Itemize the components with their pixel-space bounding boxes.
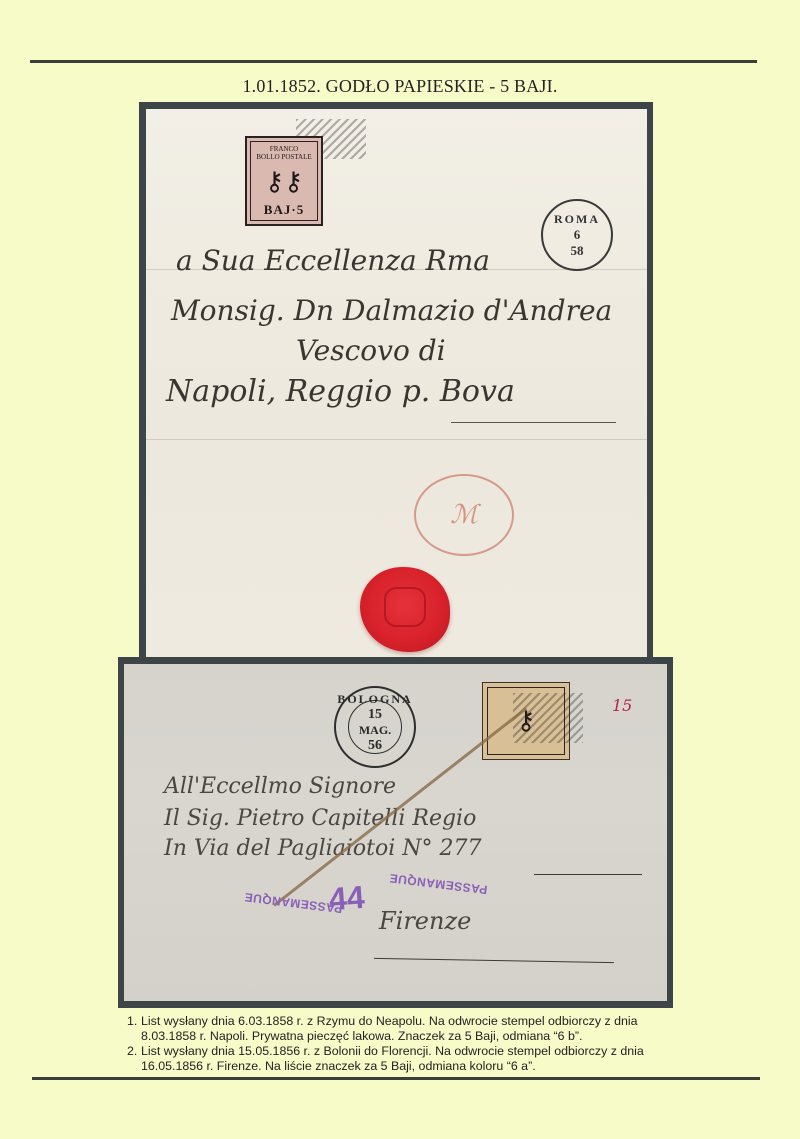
red-monogram-mark: ℳ bbox=[414, 474, 514, 556]
caption-item: 1. List wysłany dnia 6.03.1858 r. z Rzym… bbox=[127, 1014, 687, 1044]
address-line-4: Firenze bbox=[379, 907, 471, 935]
bologna-postmark: BOLOGNA 15 MAG. 56 bbox=[334, 686, 416, 768]
address-line-1: a Sua Eccellenza Rma bbox=[176, 244, 490, 277]
address-underline bbox=[534, 874, 642, 875]
grid-cancel-mark bbox=[513, 693, 583, 743]
address-underline bbox=[451, 422, 616, 423]
address-line-3: In Via del Pagliaiotoi N° 277 bbox=[164, 836, 481, 861]
letter-1-cover: FRANCO BOLLO POSTALE ⚷⚷ BAJ·5 ROMA 6 58 … bbox=[146, 109, 647, 662]
caption-list: 1. List wysłany dnia 6.03.1858 r. z Rzym… bbox=[127, 1014, 687, 1074]
red-wax-seal bbox=[360, 567, 450, 652]
top-divider bbox=[30, 60, 757, 63]
fold-line bbox=[146, 439, 647, 440]
passemanque-number: 44 bbox=[328, 879, 366, 918]
address-line-2: Monsig. Dn Dalmazio d'Andrea bbox=[171, 294, 612, 327]
seal-impression bbox=[384, 587, 426, 627]
bottom-divider bbox=[32, 1077, 760, 1080]
address-line-4: Napoli, Reggio p. Bova bbox=[166, 374, 515, 409]
letter-2-cover: BOLOGNA 15 MAG. 56 ⚷ 15 All'Eccellmo Sig… bbox=[124, 664, 667, 1001]
stamp-5-baji-rose: FRANCO BOLLO POSTALE ⚷⚷ BAJ·5 bbox=[245, 136, 323, 226]
papal-keys-icon: ⚷⚷ bbox=[265, 169, 303, 195]
caption-item: 2. List wysłany dnia 15.05.1856 r. z Bol… bbox=[127, 1044, 687, 1074]
address-line-2: Il Sig. Pietro Capitelli Regio bbox=[164, 806, 476, 831]
roma-postmark: ROMA 6 58 bbox=[541, 199, 613, 271]
red-rate-number: 15 bbox=[612, 696, 632, 715]
stamp-top-text: FRANCO bbox=[256, 145, 311, 153]
stamp-5-baji-buff: ⚷ bbox=[482, 682, 570, 760]
page-title: 1.01.1852. GODŁO PAPIESKIE - 5 BAJI. bbox=[0, 76, 800, 97]
stamp-value: BAJ·5 bbox=[264, 202, 304, 218]
letter-1-frame: FRANCO BOLLO POSTALE ⚷⚷ BAJ·5 ROMA 6 58 … bbox=[139, 102, 653, 662]
address-line-1: All'Eccellmo Signore bbox=[164, 774, 396, 799]
letter-2-frame: BOLOGNA 15 MAG. 56 ⚷ 15 All'Eccellmo Sig… bbox=[118, 657, 673, 1008]
stamp-top-text: BOLLO POSTALE bbox=[256, 153, 311, 161]
address-line-3: Vescovo di bbox=[296, 334, 446, 367]
passemanque-handstamp: PASSEMANQUE bbox=[389, 871, 489, 897]
address-underline bbox=[374, 958, 614, 963]
